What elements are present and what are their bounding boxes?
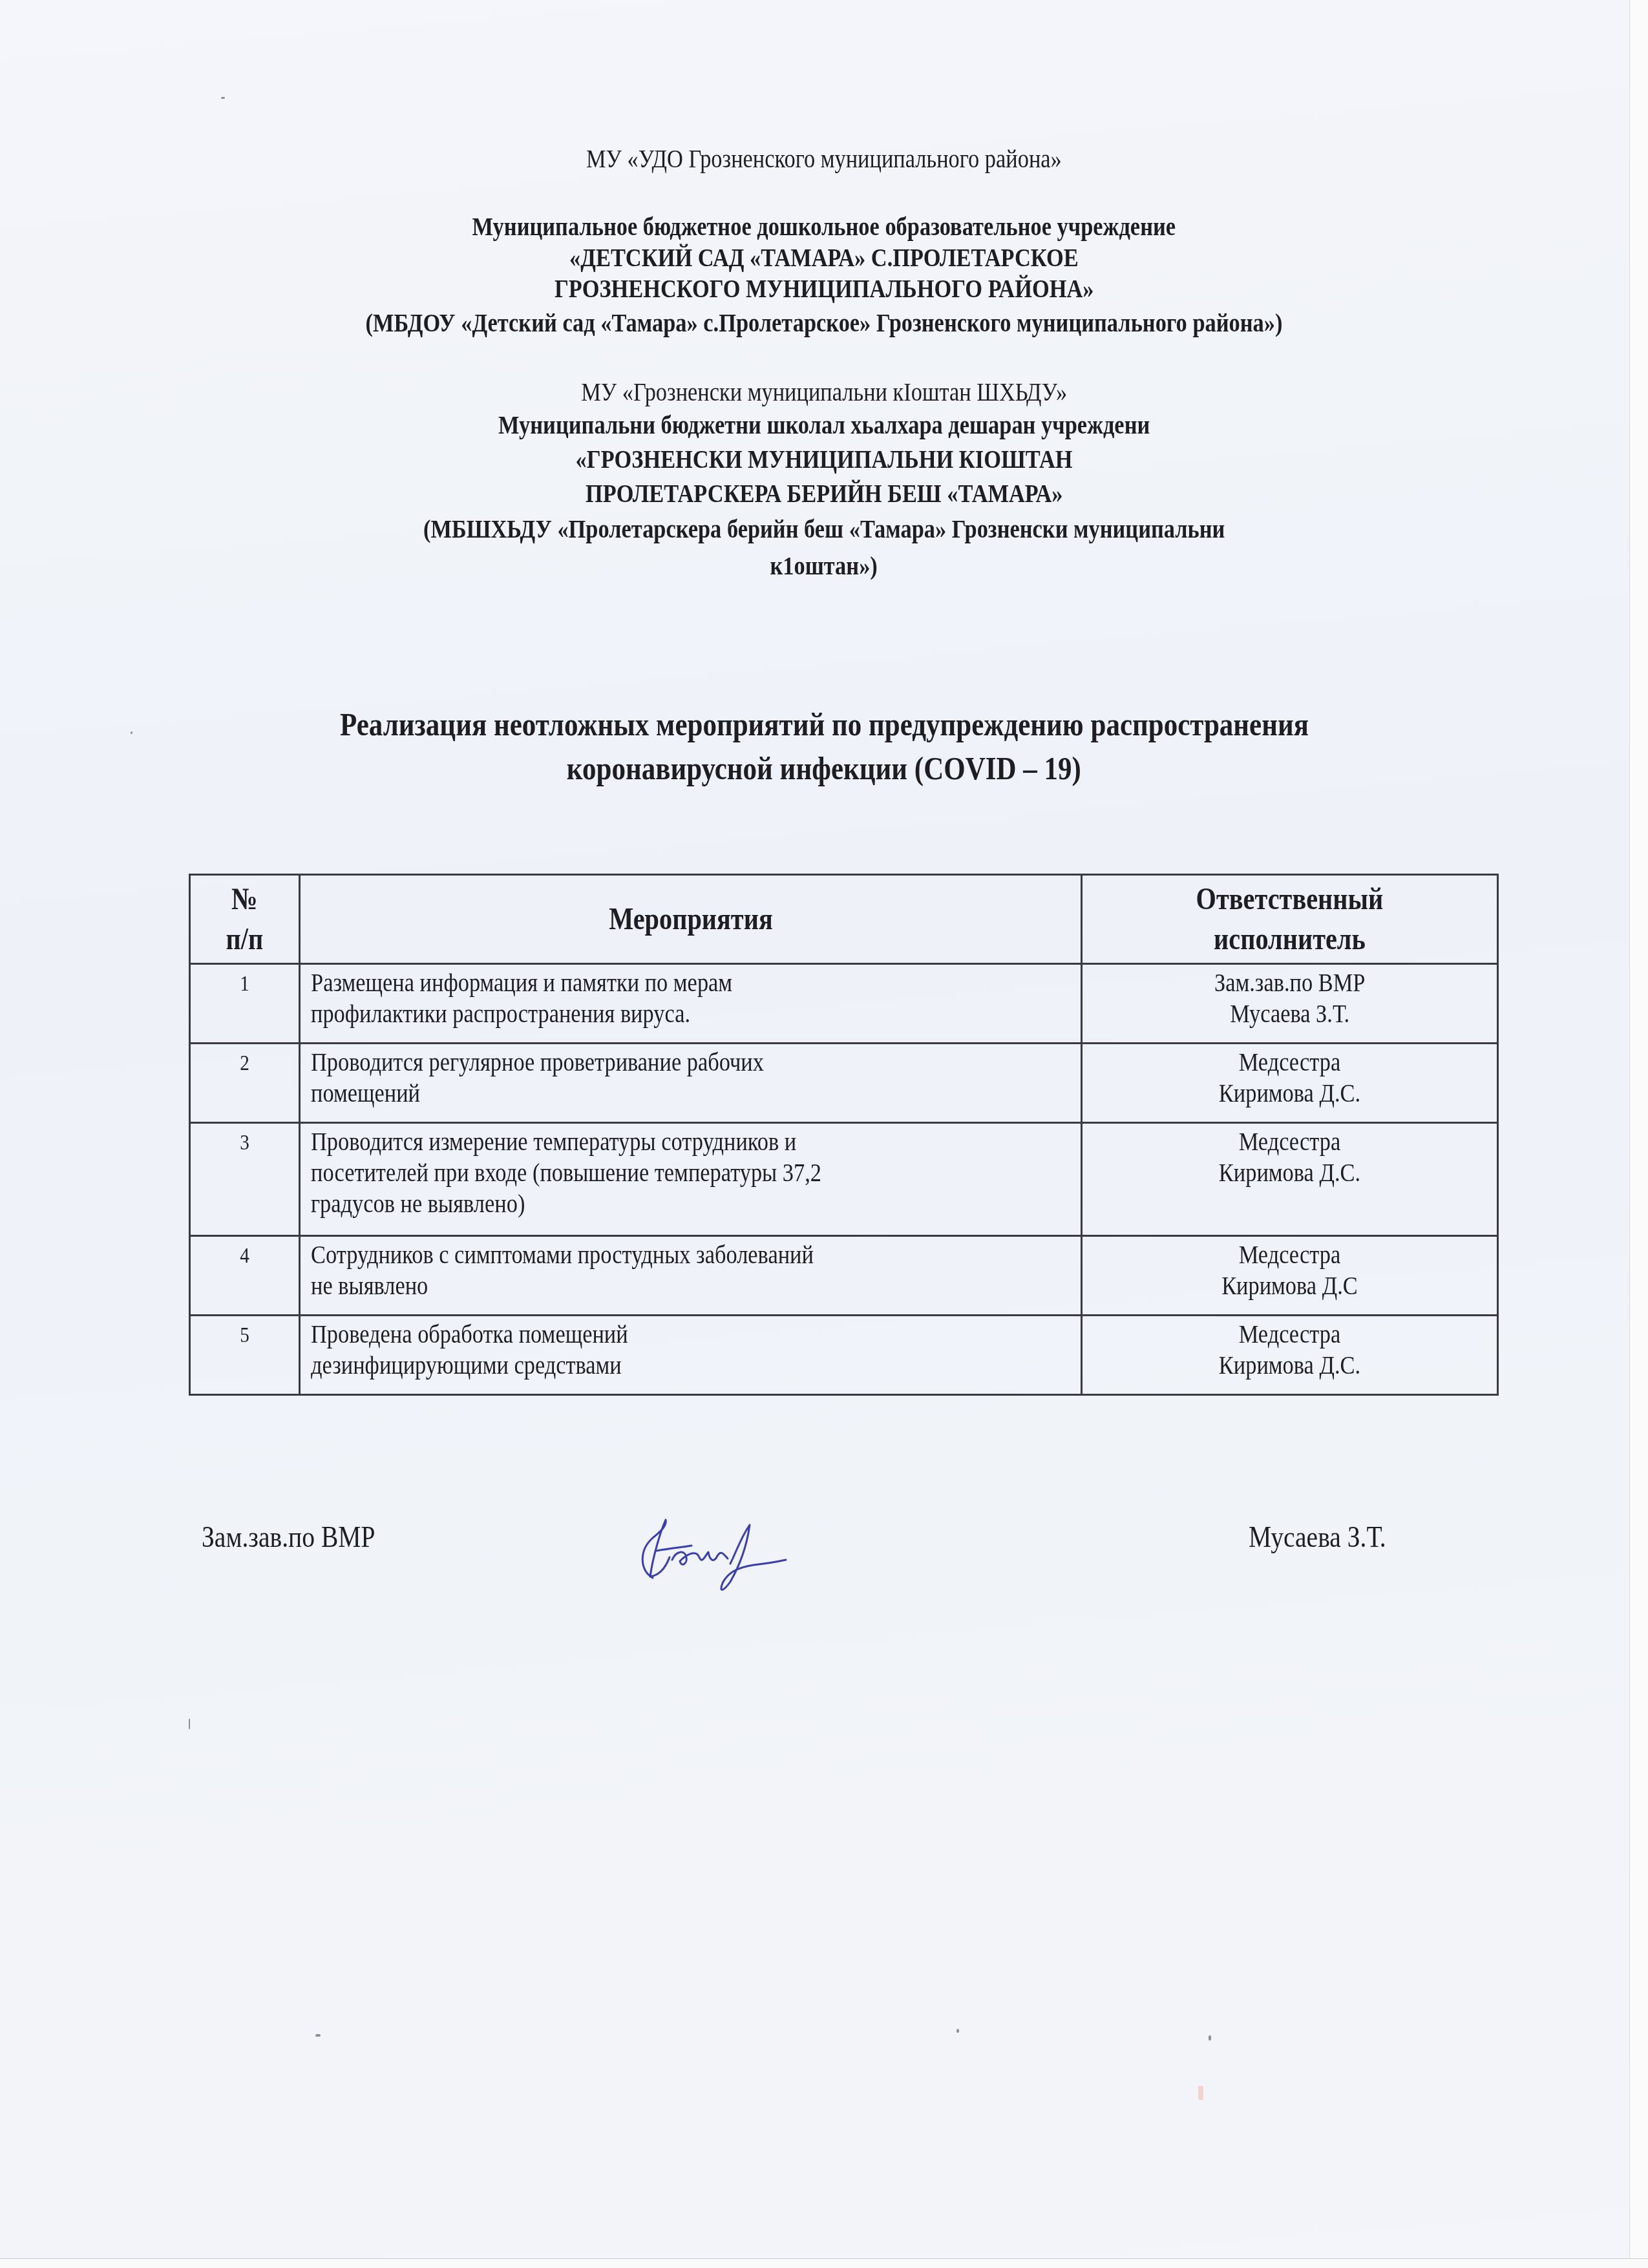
column-header-responsible: Ответственный исполнитель xyxy=(1082,875,1498,964)
row-number: 5 xyxy=(190,1316,300,1395)
scan-speck xyxy=(221,97,225,99)
scan-speck xyxy=(315,2034,321,2037)
header-line-institution-type: Муниципальное бюджетное дошкольное образ… xyxy=(0,211,1648,242)
header-line-district-org: МУ «УДО Грозненского муниципального райо… xyxy=(0,143,1648,174)
table-row: 1 Размещена информация и памятки по мера… xyxy=(190,964,1498,1044)
row-responsible: Медсестра Киримова Д.С. xyxy=(1082,1044,1498,1123)
header-line-chechen-kindergarten: ПРОЛЕТАРСКЕРА БЕРИЙН БЕШ «ТАМАРА» xyxy=(0,478,1648,509)
table-header-row: № п/п Мероприятия Ответственный исполнит… xyxy=(190,875,1498,964)
row-activity: Проводится измерение температуры сотрудн… xyxy=(300,1123,1082,1236)
signatory-position: Зам.зав.по ВМР xyxy=(202,1520,403,1554)
column-header-number: № п/п xyxy=(190,875,300,964)
row-activity: Размещена информация и памятки по мерам … xyxy=(300,964,1082,1044)
header-line-chechen-institution-type: Муниципальни бюджетни школал хьалхара де… xyxy=(0,410,1648,440)
row-activity: Проведена обработка помещений дезинфицир… xyxy=(300,1316,1082,1395)
header-line-chechen-district: «ГРОЗНЕНСКИ МУНИЦИПАЛЬНИ КIОШТАН xyxy=(0,444,1648,474)
scan-speck xyxy=(189,1719,190,1729)
row-activity: Сотрудников с симптомами простудных забо… xyxy=(300,1236,1082,1316)
header-line-chechen-abbreviation: (МБШХЬДУ «Пролетарскера берийн беш «Тама… xyxy=(0,514,1648,544)
header-line-abbreviation: (МБДОУ «Детский сад «Тамара» с.Пролетарс… xyxy=(0,308,1648,338)
table-row: 3 Проводится измерение температуры сотру… xyxy=(190,1123,1498,1236)
row-number: 2 xyxy=(190,1044,300,1123)
title-line-2: коронавирусной инфекции (COVID – 19) xyxy=(0,750,1648,787)
row-activity: Проводится регулярное проветривание рабо… xyxy=(300,1044,1082,1123)
scan-speck xyxy=(131,731,132,734)
header-line-chechen-abbreviation-end: к1оштан») xyxy=(0,551,1648,581)
page-bottom-edge xyxy=(0,2258,1648,2268)
scan-speck xyxy=(1209,2035,1211,2041)
row-number: 3 xyxy=(190,1123,300,1236)
row-responsible: Медсестра Киримова Д.С xyxy=(1082,1236,1498,1316)
row-number: 4 xyxy=(190,1236,300,1316)
table-row: 4 Сотрудников с симптомами простудных за… xyxy=(190,1236,1498,1316)
header-line-chechen-org: МУ «Грозненски муниципальни кIоштан ШХЬД… xyxy=(0,377,1648,407)
column-header-activity: Мероприятия xyxy=(300,875,1082,964)
scan-speck xyxy=(956,2029,959,2033)
measures-table: № п/п Мероприятия Ответственный исполнит… xyxy=(189,874,1499,1396)
header-line-kindergarten-name: «ДЕТСКИЙ САД «ТАМАРА» С.ПРОЛЕТАРСКОЕ xyxy=(0,242,1648,273)
page-right-edge xyxy=(1629,0,1648,2268)
table-row: 2 Проводится регулярное проветривание ра… xyxy=(190,1044,1498,1123)
row-responsible: Зам.зав.по ВМР Мусаева З.Т. xyxy=(1082,964,1498,1044)
signatory-name: Мусаева З.Т. xyxy=(1249,1520,1408,1554)
header-line-district: ГРОЗНЕНСКОГО МУНИЦИПАЛЬНОГО РАЙОНА» xyxy=(0,273,1648,304)
table-row: 5 Проведена обработка помещений дезинфиц… xyxy=(190,1316,1498,1395)
row-number: 1 xyxy=(190,964,300,1044)
handwritten-signature-icon xyxy=(627,1506,801,1596)
title-line-1: Реализация неотложных мероприятий по пре… xyxy=(0,706,1648,743)
row-responsible: Медсестра Киримова Д.С. xyxy=(1082,1123,1498,1236)
scan-speck xyxy=(1198,2086,1203,2100)
row-responsible: Медсестра Киримова Д.С. xyxy=(1082,1316,1498,1395)
